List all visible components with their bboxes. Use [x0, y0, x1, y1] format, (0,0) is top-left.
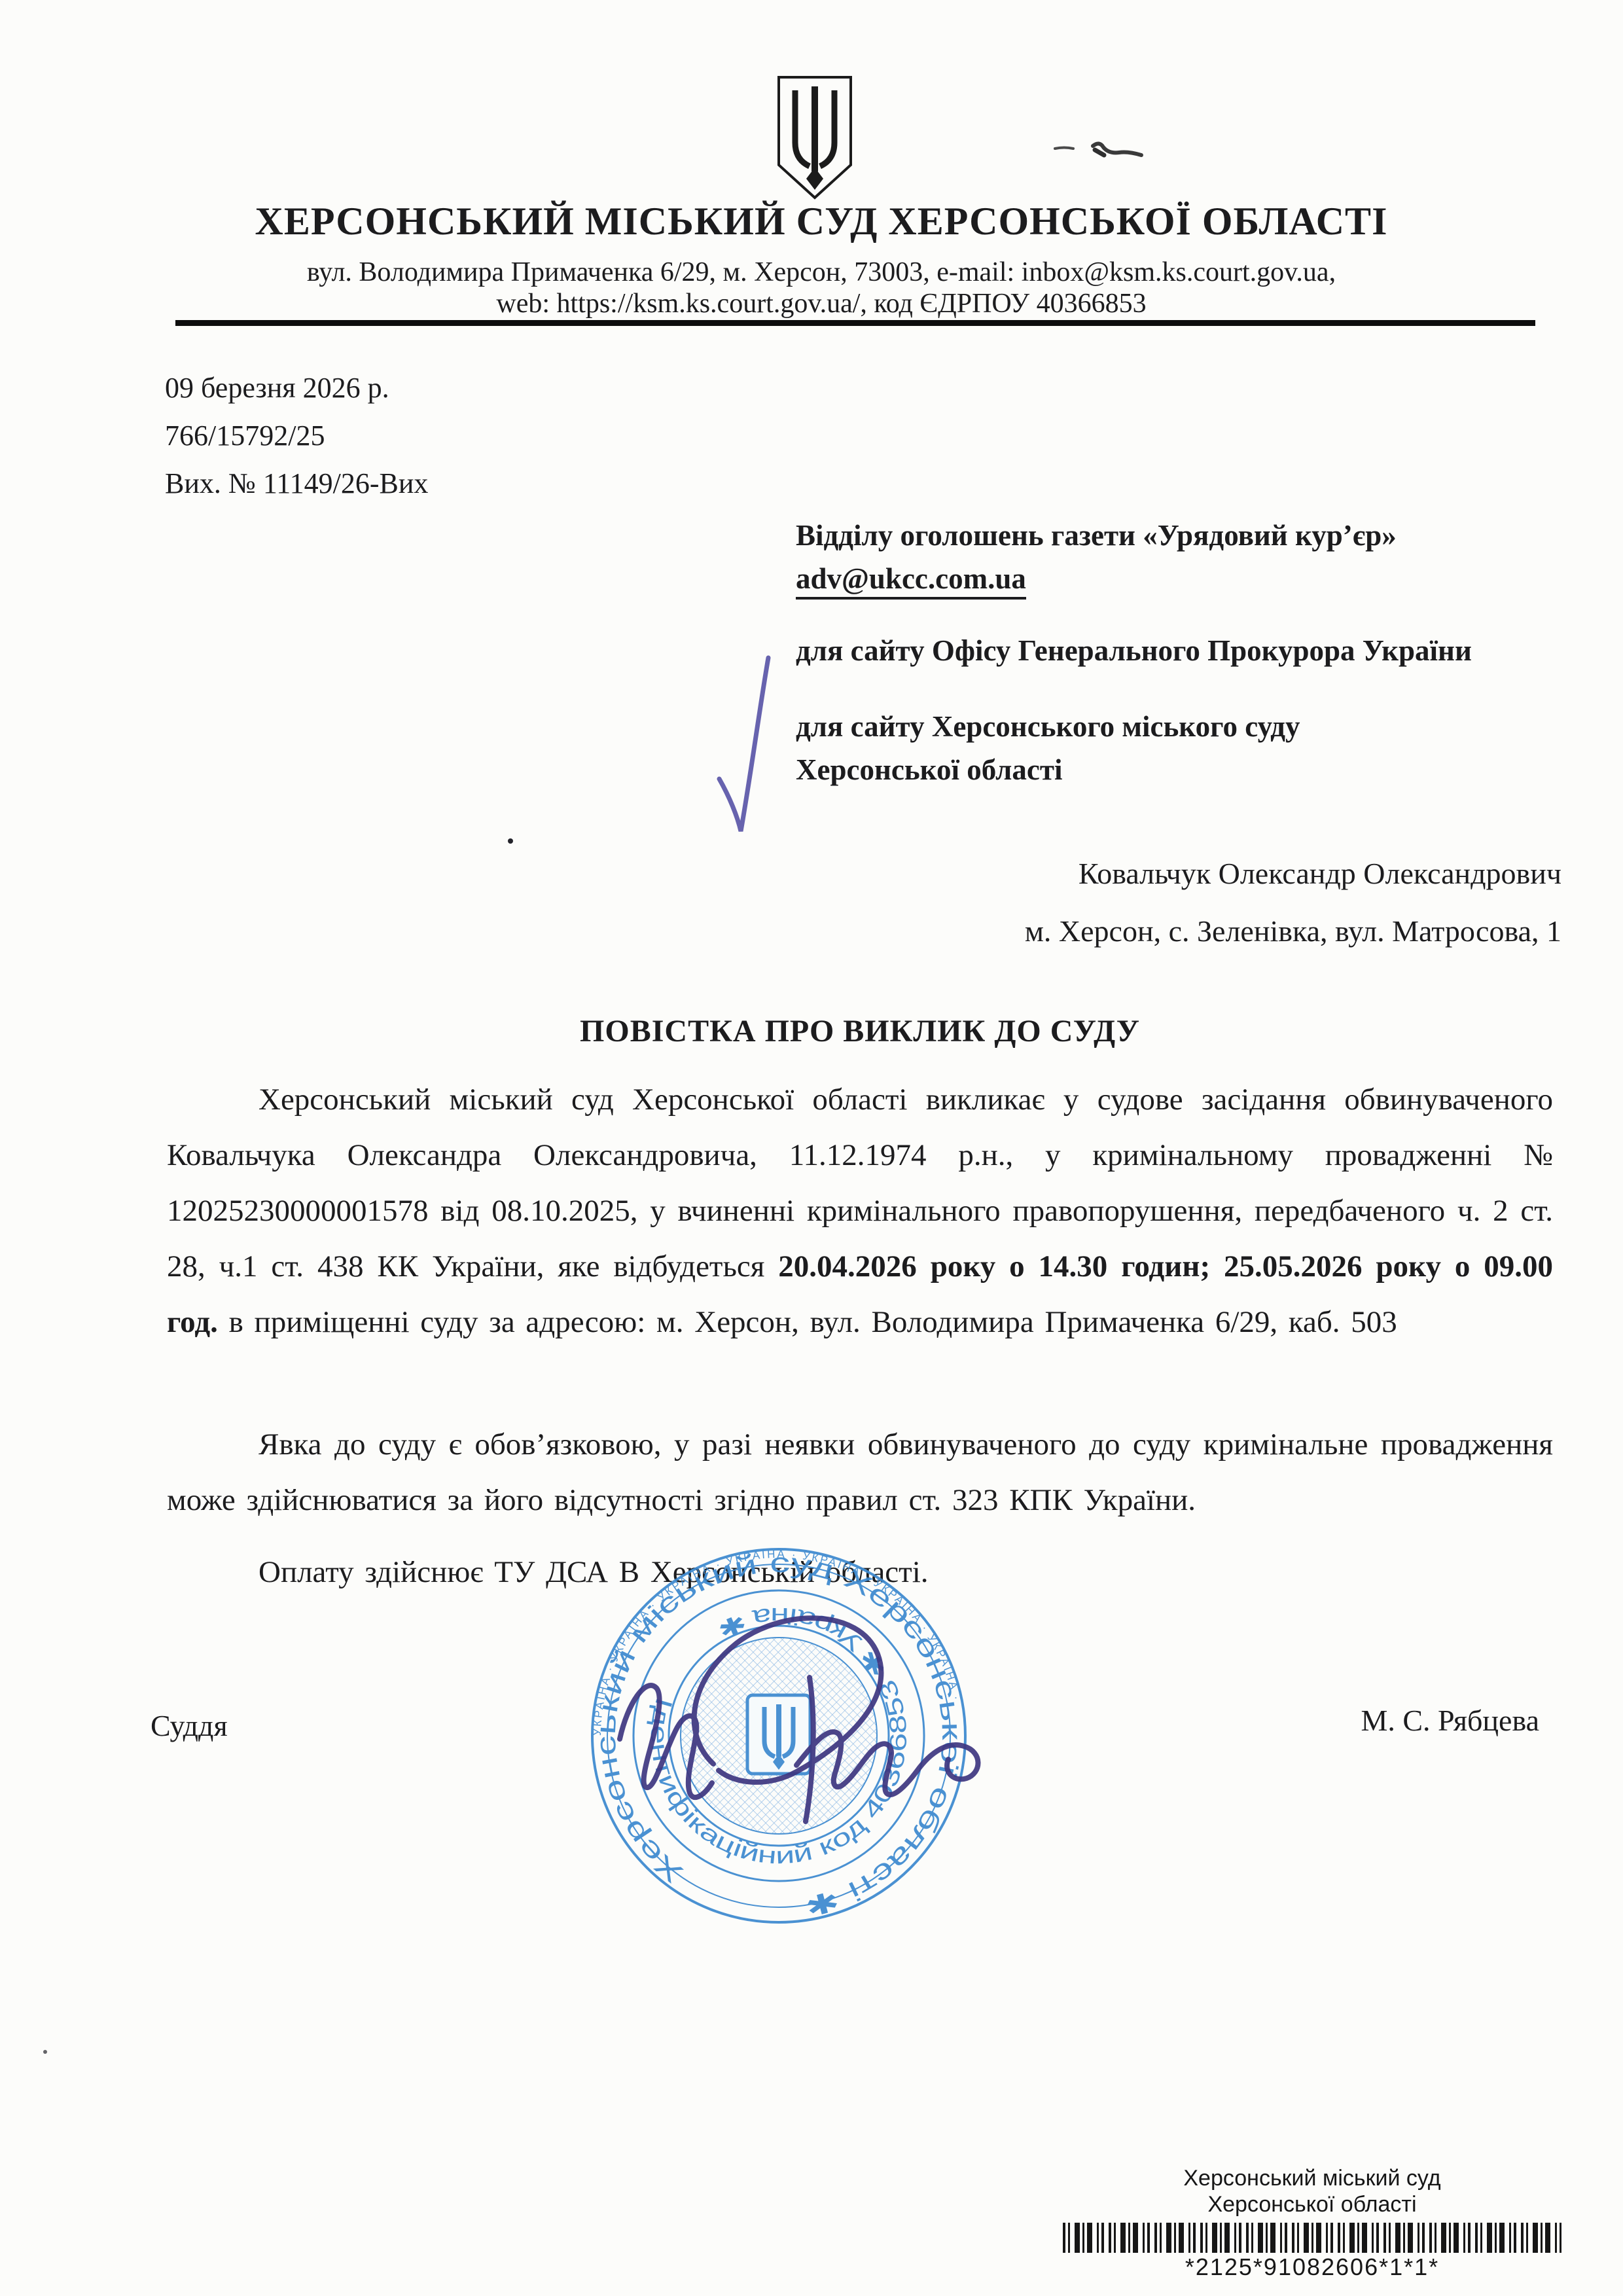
outgoing-number: Вих. № 11149/26-Вих [165, 459, 428, 507]
court-web-and-code: web: https://ksm.ks.court.gov.ua/, код Є… [92, 289, 1551, 318]
court-name: ХЕРСОНСЬКИЙ МІСЬКИЙ СУД ХЕРСОНСЬКОЇ ОБЛА… [92, 200, 1551, 242]
header-divider [175, 320, 1535, 326]
judge-label: Суддя [151, 1708, 228, 1743]
judge-signature [579, 1568, 1103, 1849]
ink-smudge-artifact [1047, 134, 1158, 164]
court-address: вул. Володимира Примаченка 6/29, м. Херс… [92, 258, 1551, 287]
barcode-court-line1: Херсонський міський суд [1047, 2165, 1577, 2191]
letterhead: ХЕРСОНСЬКИЙ МІСЬКИЙ СУД ХЕРСОНСЬКОЇ ОБЛА… [92, 200, 1551, 318]
scan-speck [43, 2050, 47, 2054]
document-title: ПОВІСТКА ПРО ВИКЛИК ДО СУДУ [167, 1013, 1553, 1049]
scan-speck [508, 838, 513, 844]
recipient-gazette: Відділу оголошень газети «Урядовий кур’є… [796, 518, 1397, 552]
body-paragraph-2: Явка до суду є обов’язковою, у разі неяв… [167, 1417, 1553, 1528]
ukraine-trident-emblem-icon [774, 73, 856, 202]
recipient-gazette-email: adv@ukcc.com.ua [796, 562, 1026, 596]
judge-name: М. С. Рябцева [1361, 1703, 1539, 1738]
recipient-court-site-line2: Херсонської області [796, 753, 1062, 787]
recipient-court-site-line1: для сайту Херсонського міського суду [796, 709, 1300, 744]
addressee-name: Ковальчук Олександр Олександрович [1079, 856, 1561, 891]
body-paragraph-1: Херсонський міський суд Херсонської обла… [167, 1072, 1553, 1350]
document-date: 09 березня 2026 р. [165, 364, 428, 412]
barcode-block: Херсонський міський суд Херсонської обла… [1047, 2165, 1577, 2280]
pen-checkmark-icon [704, 641, 789, 844]
barcode-court-line2: Херсонської області [1047, 2191, 1577, 2217]
recipient-prosecutor-site: для сайту Офісу Генерального Прокурора У… [796, 634, 1472, 668]
addressee-address: м. Херсон, с. Зеленівка, вул. Матросова,… [1025, 914, 1561, 948]
barcode-value: *2125*91082606*1*1* [1047, 2254, 1577, 2280]
reference-block: 09 березня 2026 р. 766/15792/25 Вих. № 1… [165, 364, 428, 507]
scanned-court-summons-page: ХЕРСОНСЬКИЙ МІСЬКИЙ СУД ХЕРСОНСЬКОЇ ОБЛА… [0, 0, 1623, 2296]
barcode [1063, 2223, 1561, 2253]
case-number: 766/15792/25 [165, 412, 428, 459]
p1-text-tail: в приміщенні суду за адресою: м. Херсон,… [218, 1305, 1397, 1339]
